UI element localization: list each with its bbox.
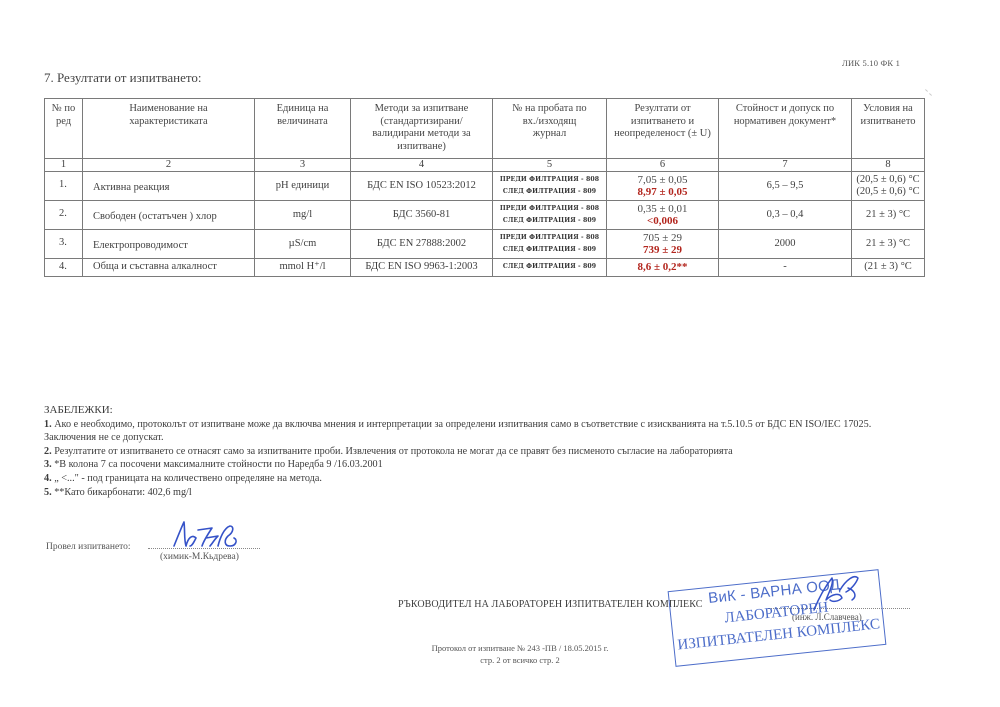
section-title: 7. Резултати от изпитването:: [44, 70, 201, 86]
row-number: 4.: [45, 259, 83, 277]
column-number: 1: [45, 159, 83, 172]
footer: Протокол от изпитване № 243 -ПВ / 18.05.…: [380, 642, 660, 666]
note-number: 4.: [44, 473, 52, 484]
header-norm: Стойност и допуск по нормативен документ…: [719, 99, 852, 159]
header-result: Резултати от изпитването и неопределенос…: [607, 99, 719, 159]
note-text: Ако е необходимо, протоколът от изпитван…: [44, 419, 871, 444]
condition: (20,5 ± 0,6) °C: [854, 174, 922, 186]
result-cell: 8,6 ± 0,2**: [607, 259, 719, 277]
unit: mg/l: [255, 201, 351, 230]
characteristic-name: Обща и съставна алкалност: [83, 259, 255, 277]
header-name: Наименование на характеристиката: [83, 99, 255, 159]
row-number: 1.: [45, 172, 83, 201]
result-after: <0,006: [609, 215, 716, 227]
note-text: *В колона 7 са посочени максималните сто…: [52, 459, 383, 470]
condition: (20,5 ± 0,6) °C: [854, 186, 922, 198]
scan-artifact: [925, 89, 928, 92]
sample-after: СЛЕД ФИЛТРАЦИЯ - 809: [495, 244, 604, 256]
header-method: Методи за изпитване (стандартизирани/ ва…: [351, 99, 493, 159]
sample-cell: ПРЕДИ ФИЛТРАЦИЯ - 808 СЛЕД ФИЛТРАЦИЯ - 8…: [493, 172, 607, 201]
column-number: 6: [607, 159, 719, 172]
lab-head-signature-icon: [806, 570, 866, 614]
header-sample: № на пробата по вх./изходящ журнал: [493, 99, 607, 159]
condition: (21 ± 3) °C: [852, 259, 925, 277]
column-number: 2: [83, 159, 255, 172]
unit: mmol H⁺/l: [255, 259, 351, 277]
conditions-cell: (20,5 ± 0,6) °C (20,5 ± 0,6) °C: [852, 172, 925, 201]
result-cell: 705 ± 29 739 ± 29: [607, 230, 719, 259]
column-number: 8: [852, 159, 925, 172]
method: БДС EN 27888:2002: [351, 230, 493, 259]
sample-after: СЛЕД ФИЛТРАЦИЯ - 809: [495, 186, 604, 198]
note-item: 5. **Като бикарбонати: 402,6 mg/l: [44, 486, 924, 500]
method: БДС EN ISO 10523:2012: [351, 172, 493, 201]
characteristic-name: Свободен (остатъчен ) хлор: [83, 201, 255, 230]
unit: pH единици: [255, 172, 351, 201]
executor-signature-icon: [168, 516, 248, 552]
column-number: 3: [255, 159, 351, 172]
characteristic-name: Електропроводимост: [83, 230, 255, 259]
method: БДС EN ISO 9963-1:2003: [351, 259, 493, 277]
column-number: 4: [351, 159, 493, 172]
note-number: 2.: [44, 446, 52, 457]
note-text: „ <..." - под границата на количествено …: [52, 473, 322, 484]
norm-value: -: [719, 259, 852, 277]
scan-artifact: [929, 93, 932, 96]
norm-value: 2000: [719, 230, 852, 259]
column-number: 5: [493, 159, 607, 172]
note-text: Резултатите от изпитването се отнасят са…: [52, 446, 733, 457]
table-row: 2. Свободен (остатъчен ) хлор mg/l БДС 3…: [45, 201, 925, 230]
note-item: 4. „ <..." - под границата на количестве…: [44, 472, 924, 486]
row-number: 3.: [45, 230, 83, 259]
protocol-number: Протокол от изпитване № 243 -ПВ / 18.05.…: [380, 642, 660, 654]
result-before: 705 ± 29: [609, 232, 716, 244]
characteristic-name: Активна реакция: [83, 172, 255, 201]
note-number: 5.: [44, 487, 52, 498]
lab-head-label: РЪКОВОДИТЕЛ НА ЛАБОРАТОРЕН ИЗПИТВАТЕЛЕН …: [398, 599, 703, 610]
note-text: **Като бикарбонати: 402,6 mg/l: [52, 487, 192, 498]
table-row: 3. Електропроводимост µS/cm БДС EN 27888…: [45, 230, 925, 259]
norm-value: 6,5 – 9,5: [719, 172, 852, 201]
norm-value: 0,3 – 0,4: [719, 201, 852, 230]
header-conditions: Условия на изпитването: [852, 99, 925, 159]
sample-cell: СЛЕД ФИЛТРАЦИЯ - 809: [493, 259, 607, 277]
results-table: № по ред Наименование на характеристикат…: [44, 98, 925, 277]
form-code: ЛИК 5.10 ФК 1: [842, 58, 900, 68]
column-number: 7: [719, 159, 852, 172]
table-row: 4. Обща и съставна алкалност mmol H⁺/l Б…: [45, 259, 925, 277]
result-before: 7,05 ± 0,05: [609, 174, 716, 186]
sample-after: СЛЕД ФИЛТРАЦИЯ - 809: [495, 215, 604, 227]
result-after: 739 ± 29: [609, 244, 716, 256]
column-number-row: 1 2 3 4 5 6 7 8: [45, 159, 925, 172]
result-after: 8,97 ± 0,05: [609, 186, 716, 198]
condition: 21 ± 3) °C: [852, 230, 925, 259]
executor-label: Провел изпитването:: [46, 542, 131, 552]
result-cell: 7,05 ± 0,05 8,97 ± 0,05: [607, 172, 719, 201]
sample-before: ПРЕДИ ФИЛТРАЦИЯ - 808: [495, 232, 604, 244]
note-number: 3.: [44, 459, 52, 470]
notes-section: ЗАБЕЛЕЖКИ: 1. Ако е необходимо, протокол…: [44, 404, 924, 499]
result-before: 0,35 ± 0,01: [609, 203, 716, 215]
page-number: стр. 2 от всичко стр. 2: [380, 654, 660, 666]
header-unit: Единица на величината: [255, 99, 351, 159]
table-row: 1. Активна реакция pH единици БДС EN ISO…: [45, 172, 925, 201]
condition: 21 ± 3) °C: [852, 201, 925, 230]
header-num: № по ред: [45, 99, 83, 159]
sample-after: СЛЕД ФИЛТРАЦИЯ - 809: [495, 261, 604, 273]
notes-title: ЗАБЕЛЕЖКИ:: [44, 404, 924, 418]
note-item: 2. Резултатите от изпитването се отнасят…: [44, 445, 924, 459]
unit: µS/cm: [255, 230, 351, 259]
result-after: 8,6 ± 0,2**: [609, 261, 716, 273]
sample-before: ПРЕДИ ФИЛТРАЦИЯ - 808: [495, 203, 604, 215]
sample-cell: ПРЕДИ ФИЛТРАЦИЯ - 808 СЛЕД ФИЛТРАЦИЯ - 8…: [493, 230, 607, 259]
header-row: № по ред Наименование на характеристикат…: [45, 99, 925, 159]
sample-cell: ПРЕДИ ФИЛТРАЦИЯ - 808 СЛЕД ФИЛТРАЦИЯ - 8…: [493, 201, 607, 230]
executor-name: (химик-М.Кьдрева): [160, 552, 239, 562]
result-cell: 0,35 ± 0,01 <0,006: [607, 201, 719, 230]
note-item: 1. Ако е необходимо, протоколът от изпит…: [44, 418, 924, 445]
sample-before: ПРЕДИ ФИЛТРАЦИЯ - 808: [495, 174, 604, 186]
method: БДС 3560-81: [351, 201, 493, 230]
note-number: 1.: [44, 419, 52, 430]
row-number: 2.: [45, 201, 83, 230]
note-item: 3. *В колона 7 са посочени максималните …: [44, 458, 924, 472]
